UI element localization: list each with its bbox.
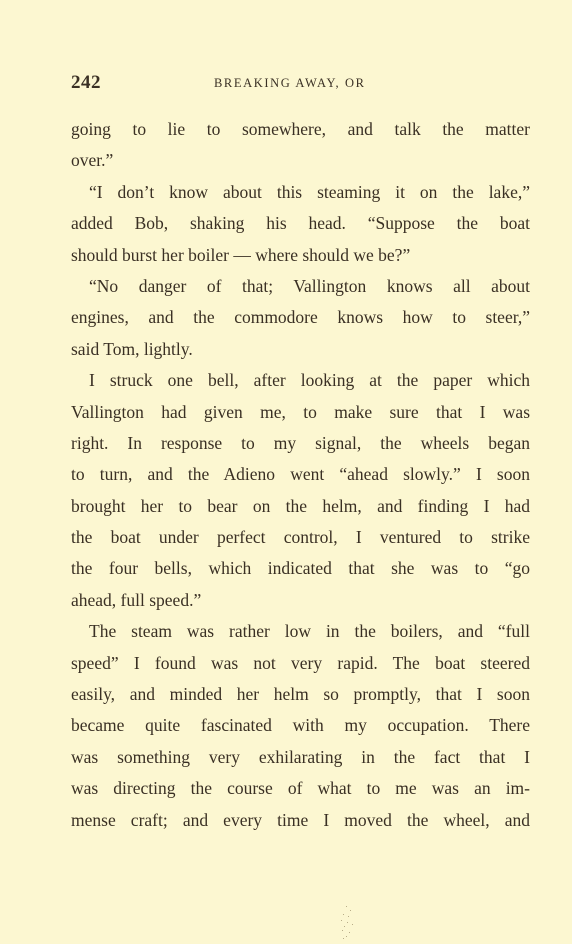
scan-speckle — [338, 906, 358, 942]
text-line: going to lie to somewhere, and talk the … — [71, 114, 530, 145]
text-line: speed” I found was not very rapid. The b… — [71, 648, 530, 679]
text-line: the boat under perfect control, I ventur… — [71, 522, 530, 553]
text-line: The steam was rather low in the boilers,… — [71, 616, 530, 647]
text-line: was directing the course of what to me w… — [71, 773, 530, 804]
page-number: 242 — [71, 72, 101, 94]
text-line: right. In response to my signal, the whe… — [71, 428, 530, 459]
book-page: 242 BREAKING AWAY, OR going to lie to so… — [0, 0, 572, 944]
paragraph: “I don’t know about this steaming it on … — [71, 177, 530, 271]
text-line: added Bob, shaking his head. “Suppose th… — [71, 208, 530, 239]
text-line: said Tom, lightly. — [71, 334, 530, 365]
text-line: over.” — [71, 145, 530, 176]
text-line: was something very exhilarating in the f… — [71, 742, 530, 773]
text-line: mense craft; and every time I moved the … — [71, 805, 530, 836]
text-line: to turn, and the Adieno went “ahead slow… — [71, 459, 530, 490]
text-line: Vallington had given me, to make sure th… — [71, 397, 530, 428]
paragraph: I struck one bell, after looking at the … — [71, 365, 530, 616]
text-line: “No danger of that; Vallington knows all… — [71, 271, 530, 302]
paragraph: The steam was rather low in the boilers,… — [71, 616, 530, 836]
text-line: the four bells, which indicated that she… — [71, 553, 530, 584]
paragraph: “No danger of that; Vallington knows all… — [71, 271, 530, 365]
text-line: brought her to bear on the helm, and fin… — [71, 491, 530, 522]
text-line: engines, and the commodore knows how to … — [71, 302, 530, 333]
text-line: should burst her boiler — where should w… — [71, 240, 530, 271]
text-line: ahead, full speed.” — [71, 585, 530, 616]
body-text: going to lie to somewhere, and talk the … — [71, 114, 530, 836]
text-line: I struck one bell, after looking at the … — [71, 365, 530, 396]
text-line: easily, and minded her helm so promptly,… — [71, 679, 530, 710]
running-title: BREAKING AWAY, OR — [214, 76, 366, 91]
text-line: “I don’t know about this steaming it on … — [71, 177, 530, 208]
text-line: became quite fascinated with my occupati… — [71, 710, 530, 741]
paragraph: going to lie to somewhere, and talk the … — [71, 114, 530, 177]
running-head: 242 BREAKING AWAY, OR — [71, 72, 531, 96]
